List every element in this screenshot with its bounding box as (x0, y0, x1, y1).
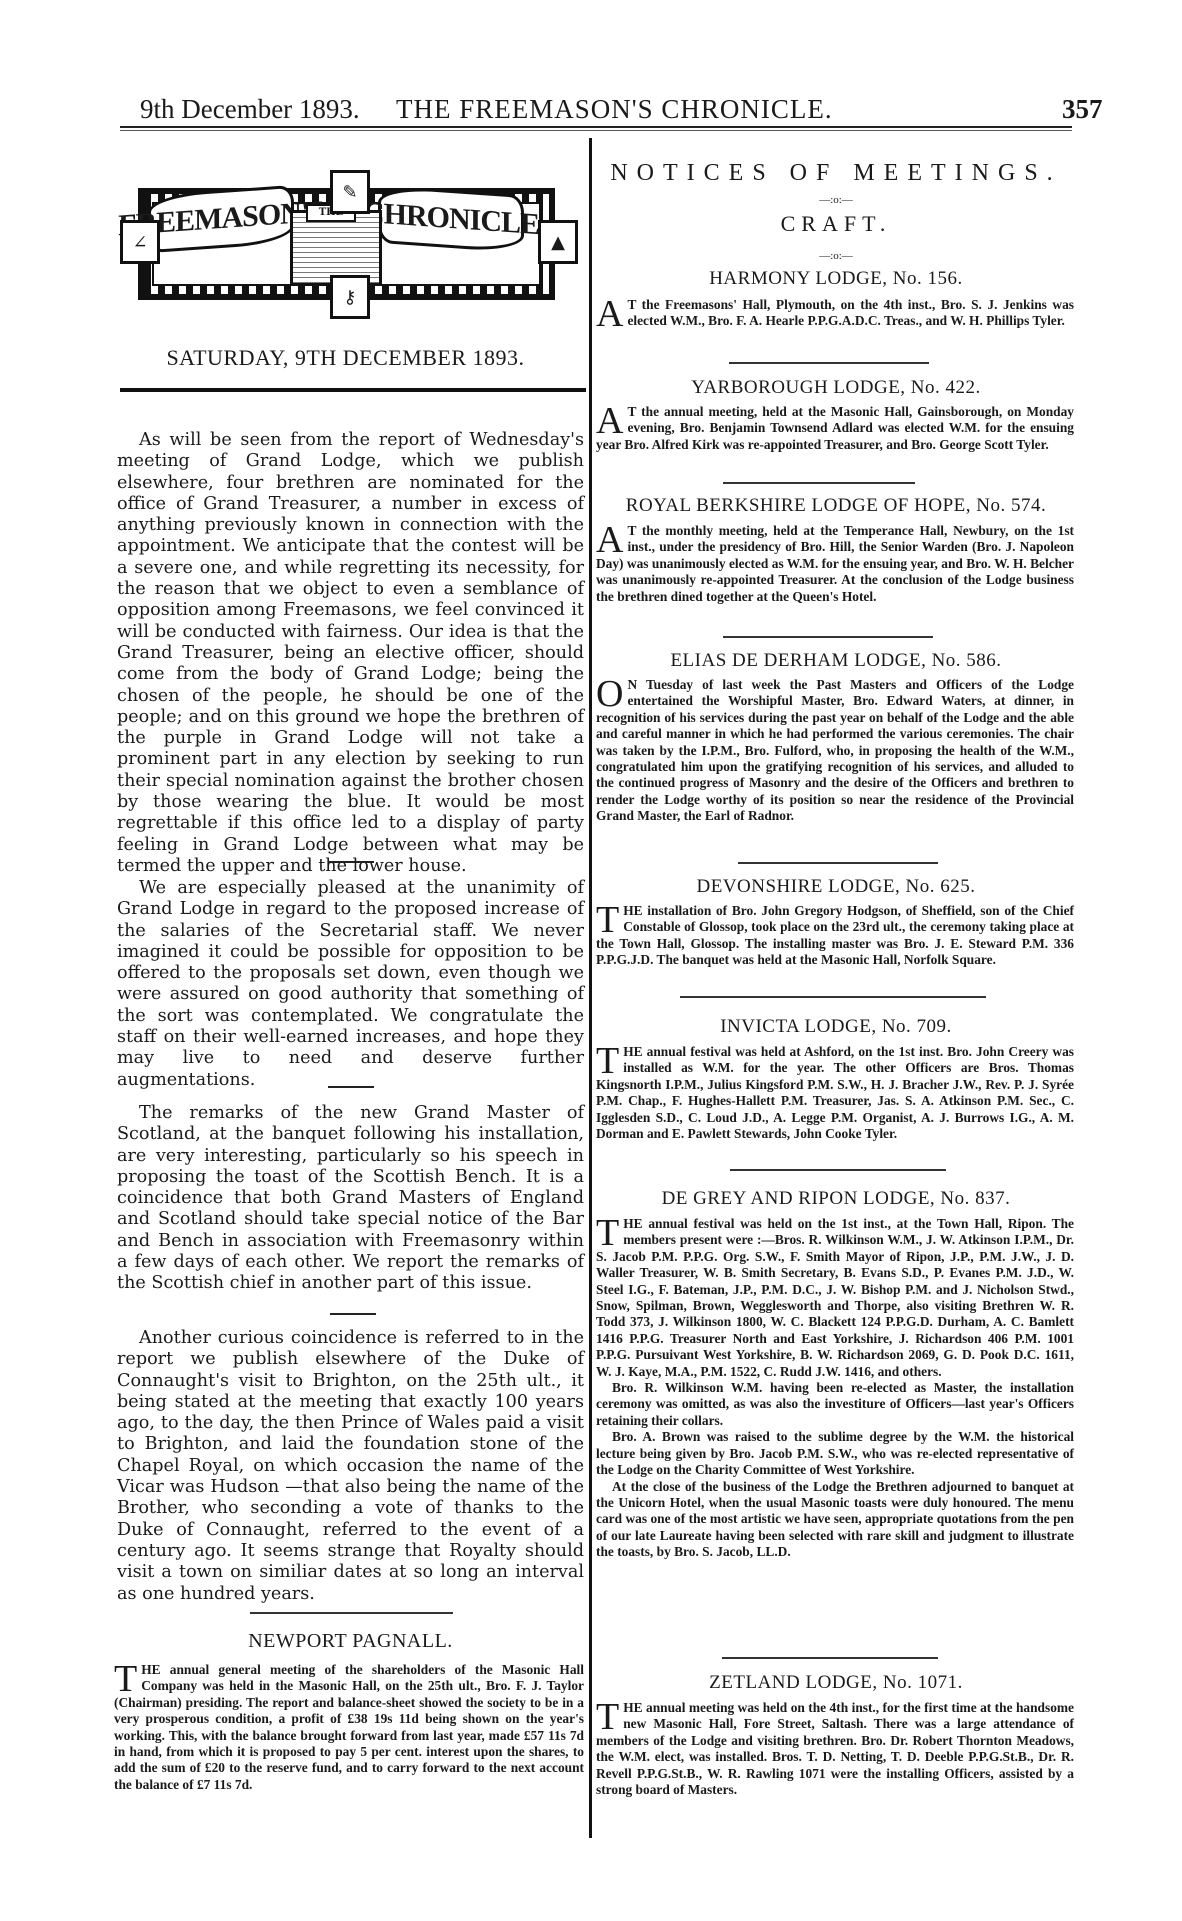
banner-chronicle: CHRONICLE (378, 185, 524, 253)
lodge-notice: AT the monthly meeting, held at the Temp… (596, 523, 1074, 605)
masthead-rule (120, 388, 586, 392)
drop-cap: T (596, 905, 619, 935)
drop-cap: T (114, 1664, 137, 1694)
editorial-paragraph: Another curious coincidence is referred … (117, 1328, 584, 1605)
section-rule (680, 996, 986, 998)
drop-cap: A (596, 406, 623, 436)
section-rule (738, 862, 938, 864)
page-number: 357 (1062, 94, 1103, 125)
lodge-heading: ZETLAND LODGE, No. 1071. (596, 1672, 1076, 1694)
running-head: 9th December 1893. THE FREEMASON'S CHRON… (118, 94, 1118, 128)
column-divider (589, 138, 592, 1838)
section-rule (723, 636, 933, 638)
lodge-heading: ROYAL BERKSHIRE LODGE OF HOPE, No. 574. (596, 495, 1076, 517)
ornament: —:o:— (596, 194, 1076, 206)
craft-section-title: CRAFT. (596, 211, 1076, 237)
newport-heading: NEWPORT PAGNALL. (117, 1630, 584, 1653)
lodge-notice: ON Tuesday of last week the Past Masters… (596, 677, 1074, 825)
newport-notice: THE annual general meeting of the shareh… (114, 1662, 584, 1793)
lodge-heading: DEVONSHIRE LODGE, No. 625. (596, 876, 1076, 898)
lodge-heading: YARBOROUGH LODGE, No. 422. (596, 377, 1076, 399)
lodge-heading: INVICTA LODGE, No. 709. (596, 1016, 1076, 1038)
lodge-notice: THE annual meeting was held on the 4th i… (596, 1700, 1074, 1798)
section-rule (723, 482, 915, 484)
lodge-heading: DE GREY AND RIPON LODGE, No. 837. (596, 1188, 1076, 1210)
lodge-notice: AT the annual meeting, held at the Mason… (596, 404, 1074, 453)
lodge-notice: THE annual festival was held on the 1st … (596, 1216, 1074, 1561)
lodge-heading: ELIAS DE DERHAM LODGE, No. 586. (596, 650, 1076, 672)
drop-cap: T (596, 1702, 619, 1732)
drop-cap: A (596, 525, 623, 555)
square-compass-icon: ∠ (120, 220, 160, 264)
section-rule (328, 861, 374, 863)
header-rule-secondary (120, 130, 1072, 131)
lodge-notice: THE installation of Bro. John Gregory Ho… (596, 903, 1074, 969)
publication-title: THE FREEMASON'S CHRONICLE. (396, 94, 833, 125)
section-rule (722, 1657, 938, 1659)
section-rule (330, 1313, 376, 1315)
editorial-paragraph: We are especially pleased at the unanimi… (117, 878, 584, 1091)
header-rule (120, 126, 1072, 128)
issue-date-header: 9th December 1893. (140, 94, 360, 125)
drop-cap: T (596, 1218, 619, 1248)
editorial-paragraph: As will be seen from the report of Wedne… (117, 430, 584, 877)
section-rule (730, 1169, 946, 1171)
lodge-heading: HARMONY LODGE, No. 156. (596, 268, 1076, 290)
crossed-keys-icon: ⚷ (330, 275, 370, 319)
issue-date: SATURDAY, 9TH DECEMBER 1893. (118, 345, 573, 371)
section-rule (250, 1612, 453, 1614)
drop-cap: O (596, 679, 623, 709)
drop-cap: T (596, 1046, 619, 1076)
editorial-paragraph: The remarks of the new Grand Master of S… (117, 1103, 584, 1295)
ornament: —:o:— (596, 250, 1076, 262)
lodge-notice: AT the Freemasons' Hall, Plymouth, on th… (596, 297, 1074, 330)
pen-icon: ✎ (330, 170, 370, 214)
section-rule (328, 1086, 374, 1088)
notices-title: NOTICES OF MEETINGS. (596, 160, 1076, 187)
level-icon: ▲ (538, 220, 578, 264)
section-rule (729, 362, 929, 364)
lodge-notice: THE annual festival was held at Ashford,… (596, 1044, 1074, 1142)
masthead-logo: FREEMASON'S CHRONICLE THE ✎ ⚷ ∠ ▲ (118, 170, 573, 315)
drop-cap: A (596, 299, 623, 329)
